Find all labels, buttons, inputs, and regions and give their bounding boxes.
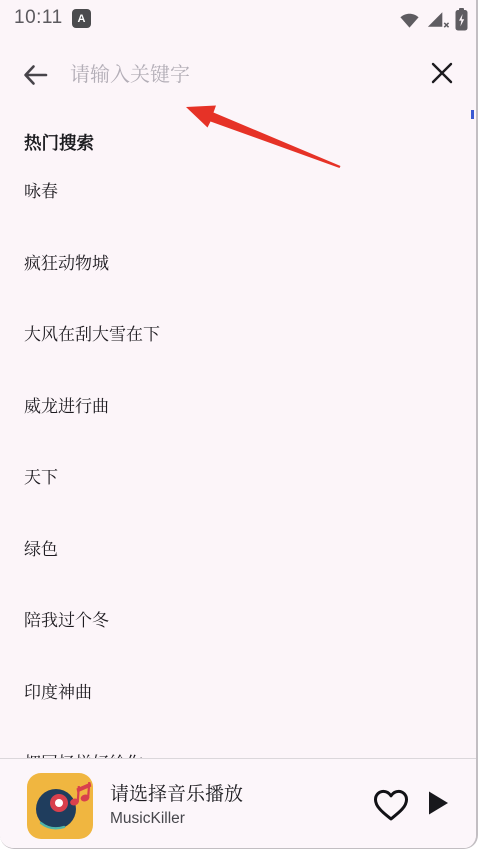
list-item-label: 印度神曲 xyxy=(24,678,92,703)
app-window: 10:11 A 热门搜索 咏春 疯狂动物城 大风在 xyxy=(0,0,478,849)
list-item-label: 陪我过个冬 xyxy=(24,606,109,631)
signal-no-connection-icon xyxy=(426,10,450,29)
notification-app-icon: A xyxy=(72,9,91,28)
battery-charging-icon xyxy=(455,8,468,31)
status-bar: 10:11 A xyxy=(0,0,476,38)
section-title: 热门搜索 xyxy=(0,118,476,154)
vinyl-record-note-icon xyxy=(27,773,93,839)
search-input[interactable] xyxy=(70,56,360,94)
list-item-label: 绿色 xyxy=(24,535,58,560)
list-item[interactable]: 绿色 xyxy=(0,512,472,584)
hot-search-list: 咏春 疯狂动物城 大风在刮大雪在下 威龙进行曲 天下 绿色 陪我过个冬 印度神曲… xyxy=(0,154,472,758)
play-icon[interactable] xyxy=(426,790,450,816)
player-subtitle: MusicKiller xyxy=(110,810,185,828)
list-item-label: 大风在刮大雪在下 xyxy=(24,320,160,345)
list-item-label: 咏春 xyxy=(24,177,58,202)
wifi-icon xyxy=(398,10,421,29)
mini-player[interactable]: 请选择音乐播放 MusicKiller xyxy=(0,758,476,849)
scrollbar-thumb[interactable] xyxy=(471,110,474,119)
list-item[interactable]: 咏春 xyxy=(0,154,472,226)
list-item-label: 天下 xyxy=(24,463,58,488)
list-item[interactable]: 把回忆拼好给你 xyxy=(0,726,472,758)
list-item[interactable]: 疯狂动物城 xyxy=(0,226,472,298)
list-item[interactable]: 陪我过个冬 xyxy=(0,583,472,655)
list-item[interactable]: 印度神曲 xyxy=(0,655,472,727)
heart-outline-icon[interactable] xyxy=(372,787,410,823)
status-icons xyxy=(398,8,468,31)
list-item[interactable]: 天下 xyxy=(0,440,472,512)
list-item-label: 威龙进行曲 xyxy=(24,392,109,417)
list-item[interactable]: 大风在刮大雪在下 xyxy=(0,297,472,369)
player-title: 请选择音乐播放 xyxy=(110,779,243,806)
list-item-label: 把回忆拼好给你 xyxy=(24,749,143,758)
search-header xyxy=(0,38,476,110)
back-button[interactable] xyxy=(20,60,50,90)
list-item-label: 疯狂动物城 xyxy=(24,249,109,274)
clock: 10:11 xyxy=(14,7,63,29)
close-icon[interactable] xyxy=(428,59,456,87)
list-item[interactable]: 威龙进行曲 xyxy=(0,369,472,441)
